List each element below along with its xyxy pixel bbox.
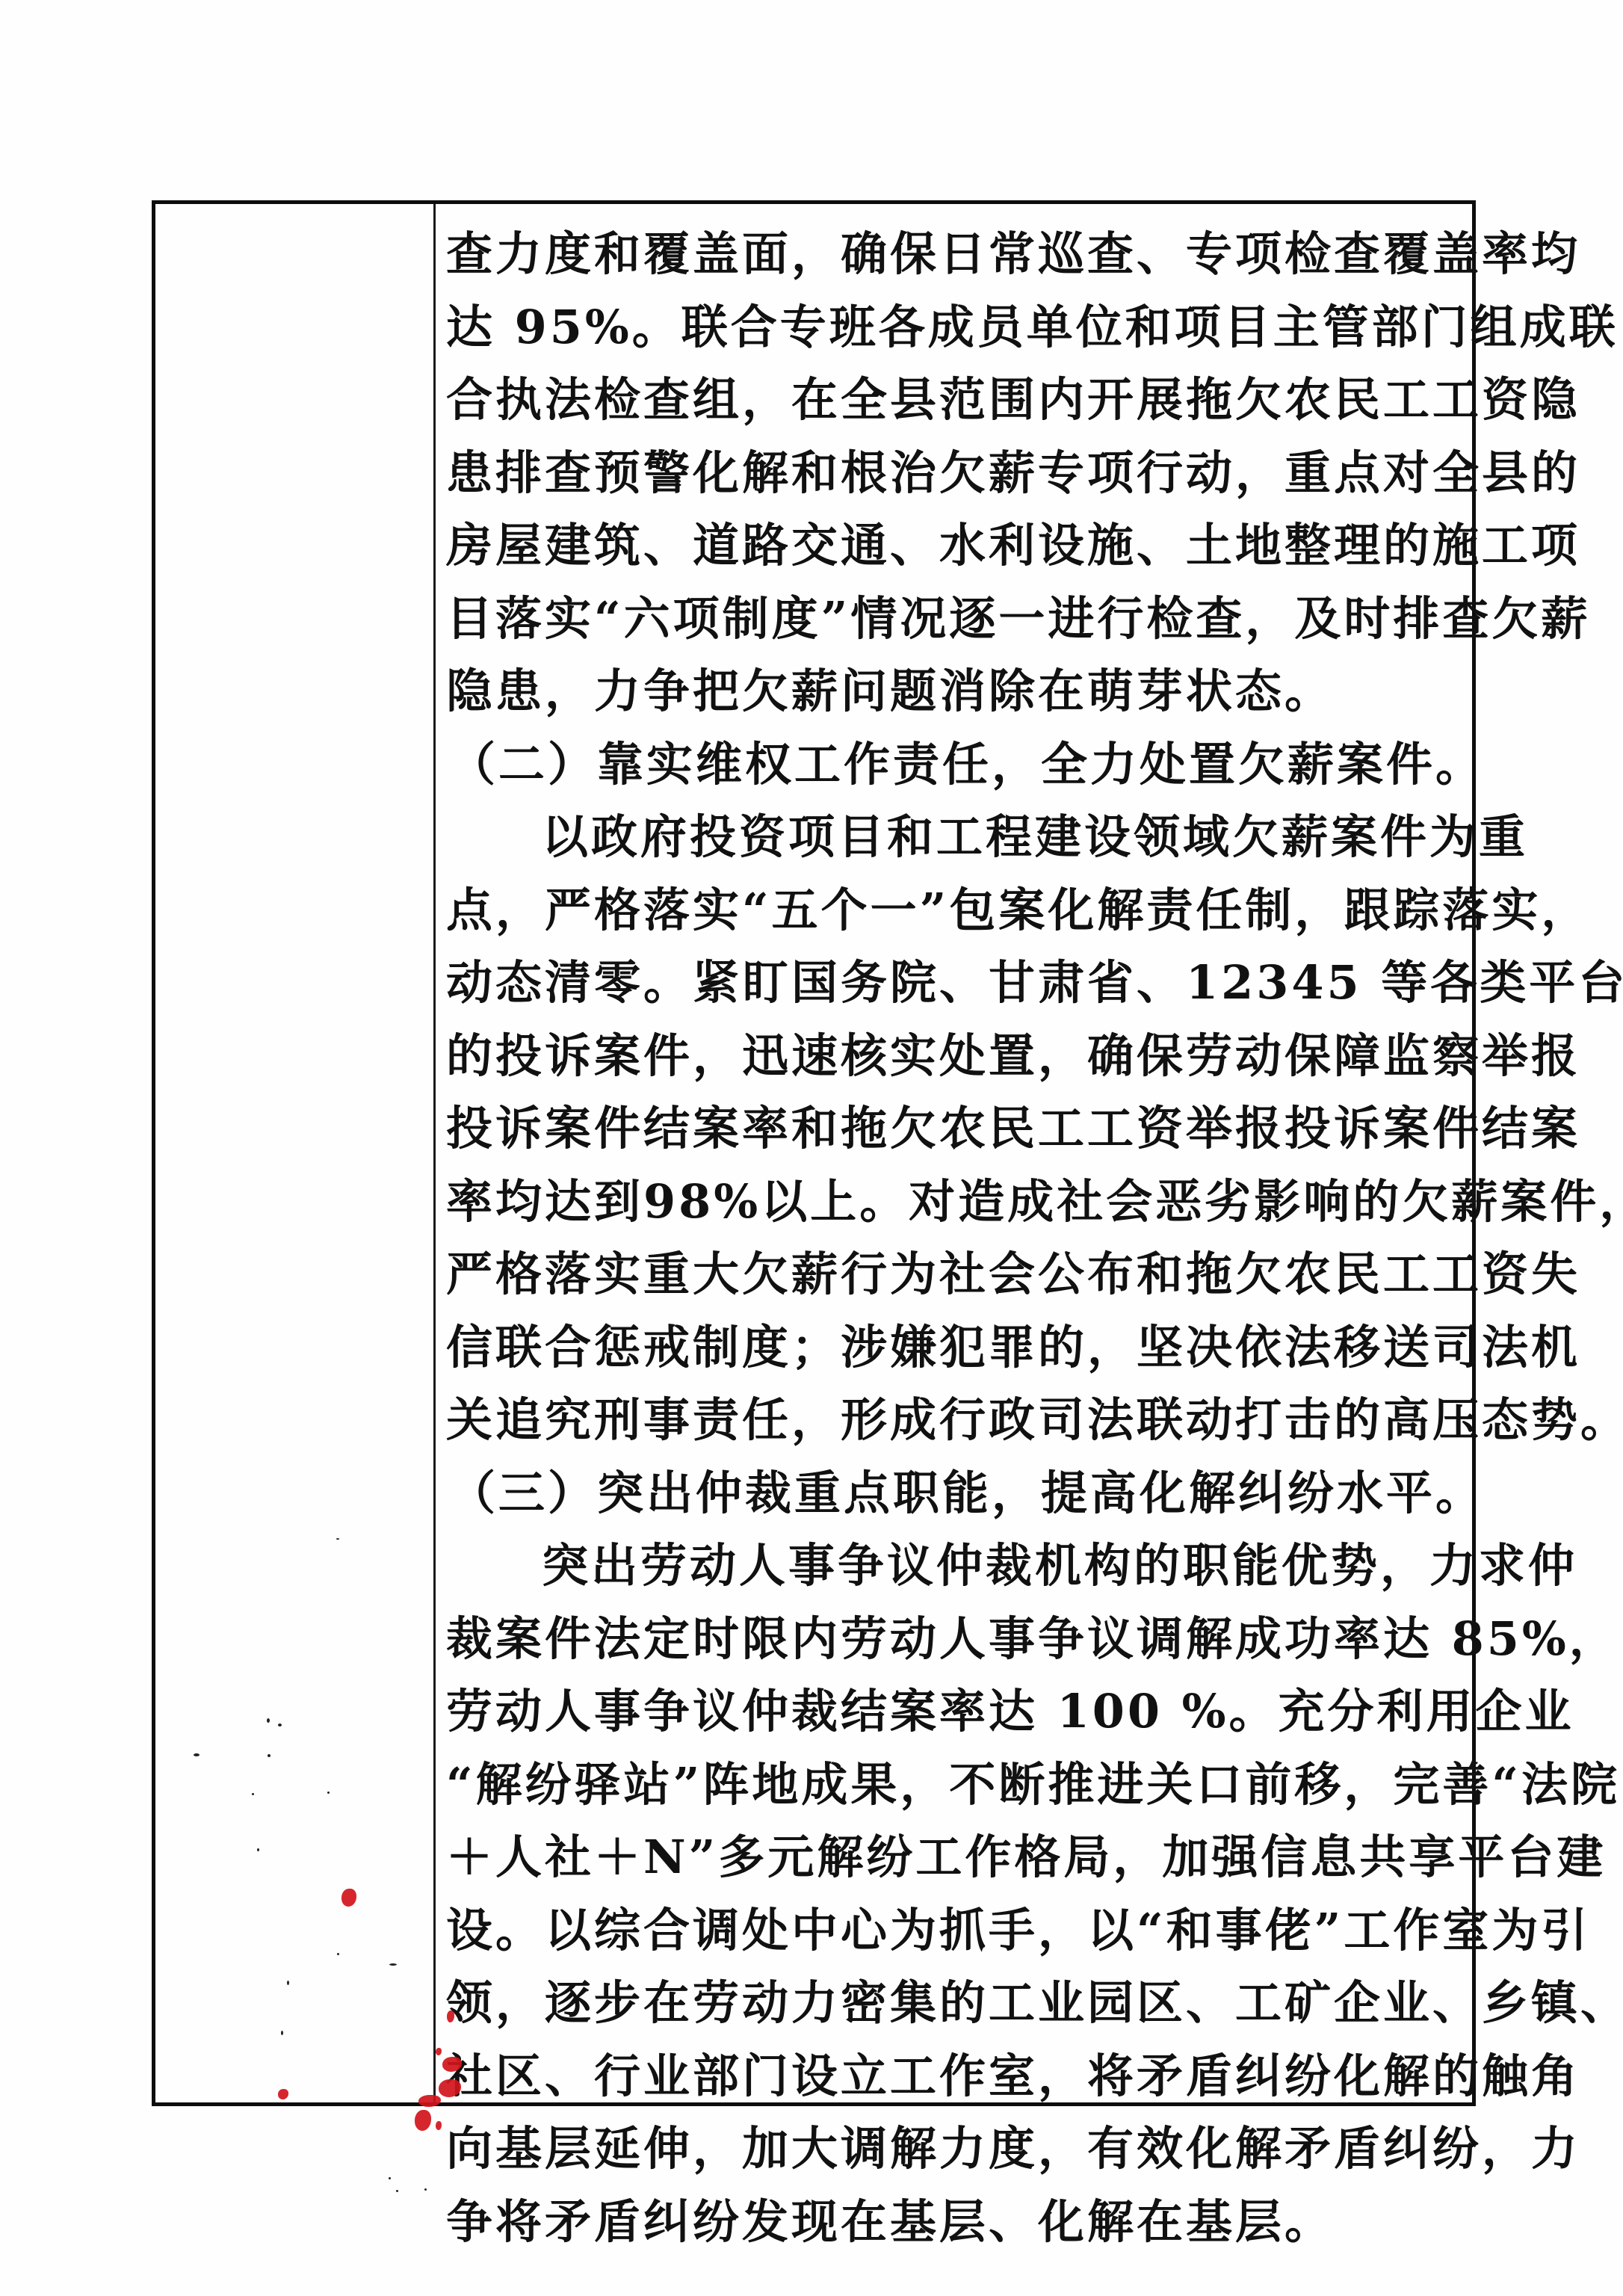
text-line: 点，严格落实“五个一”包案化解责任制，跟踪落实， [446, 874, 1456, 947]
text-line: 向基层延伸，加大调解力度，有效化解矛盾纠纷，力 [446, 2112, 1456, 2185]
text-line: ＋人社＋N”多元解纷工作格局，加强信息共享平台建 [446, 1821, 1456, 1894]
text-line: 设。以综合调处中心为抓手，以“和事佬”工作室为引 [446, 1894, 1456, 1967]
table-content-cell: 查力度和覆盖面，确保日常巡查、专项检查覆盖率均 达 95%。联合专班各成员单位和… [436, 204, 1472, 2102]
text-line: 目落实“六项制度”情况逐一进行检查，及时排查欠薪 [446, 582, 1456, 655]
speck [389, 2177, 391, 2179]
paragraph-start: 突出劳动人事争议仲裁机构的职能优势，力求仲 [446, 1529, 1456, 1602]
speck [389, 1963, 397, 1966]
section-heading-2: （二）靠实维权工作责任，全力处置欠薪案件。 [446, 728, 1456, 801]
text-line: 关追究刑事责任，形成行政司法联动打击的高压态势。 [446, 1383, 1456, 1457]
scanned-document-page: 查力度和覆盖面，确保日常巡查、专项检查覆盖率均 达 95%。联合专班各成员单位和… [0, 0, 1623, 2296]
text-line: 劳动人事争议仲裁结案率达 100 %。充分利用企业 [446, 1675, 1456, 1748]
text-line: “解纷驿站”阵地成果，不断推进关口前移，完善“法院 [446, 1748, 1456, 1821]
speck [278, 1723, 282, 1726]
text-line: 率均达到98%以上。对造成社会恶劣影响的欠薪案件， [446, 1165, 1456, 1238]
text-line: 合执法检查组，在全县范围内开展拖欠农民工工资隐 [446, 363, 1456, 436]
text-line: 查力度和覆盖面，确保日常巡查、专项检查覆盖率均 [446, 217, 1456, 291]
text-line: 信联合惩戒制度；涉嫌犯罪的，坚决依法移送司法机 [446, 1311, 1456, 1384]
text-line: 社区、行业部门设立工作室，将矛盾纠纷化解的触角 [446, 2040, 1456, 2113]
text-line: 裁案件法定时限内劳动人事争议调解成功率达 85%， [446, 1602, 1456, 1676]
speck [281, 2031, 283, 2035]
text-line: 严格落实重大欠薪行为社会公布和拖欠农民工工资失 [446, 1238, 1456, 1311]
section-heading-3: （三）突出仲裁重点职能，提高化解纠纷水平。 [446, 1457, 1456, 1530]
speck [267, 1718, 270, 1723]
seal-stain [415, 2110, 431, 2131]
document-table: 查力度和覆盖面，确保日常巡查、专项检查覆盖率均 达 95%。联合专班各成员单位和… [152, 200, 1476, 2106]
seal-stain [436, 2121, 442, 2130]
speck [396, 2190, 398, 2192]
text-line: 动态清零。紧盯国务院、甘肃省、12345 等各类平台 [446, 946, 1456, 1019]
text-line: 争将矛盾纠纷发现在基层、化解在基层。 [446, 2185, 1456, 2259]
text-line: 的投诉案件，迅速核实处置，确保劳动保障监察举报 [446, 1019, 1456, 1093]
text-line: 投诉案件结案率和拖欠农民工工资举报投诉案件结案 [446, 1092, 1456, 1165]
text-line: 房屋建筑、道路交通、水利设施、土地整理的施工项 [446, 509, 1456, 582]
table-label-cell [155, 204, 436, 2102]
speck [268, 1754, 270, 1757]
text-line: 达 95%。联合专班各成员单位和项目主管部门组成联 [446, 291, 1456, 364]
speck [194, 1753, 200, 1756]
text-line: 患排查预警化解和根治欠薪专项行动，重点对全县的 [446, 436, 1456, 510]
speck [336, 1538, 339, 1540]
speck [327, 1792, 330, 1794]
text-line: 隐患，力争把欠薪问题消除在萌芽状态。 [446, 655, 1456, 728]
speck [257, 1848, 259, 1851]
speck [287, 1981, 289, 1985]
speck [337, 1953, 339, 1955]
paragraph-start: 以政府投资项目和工程建设领域欠薪案件为重 [446, 800, 1456, 874]
speck [252, 1793, 254, 1795]
text-line: 领，逐步在劳动力密集的工业园区、工矿企业、乡镇、 [446, 1966, 1456, 2040]
speck [424, 2188, 427, 2191]
